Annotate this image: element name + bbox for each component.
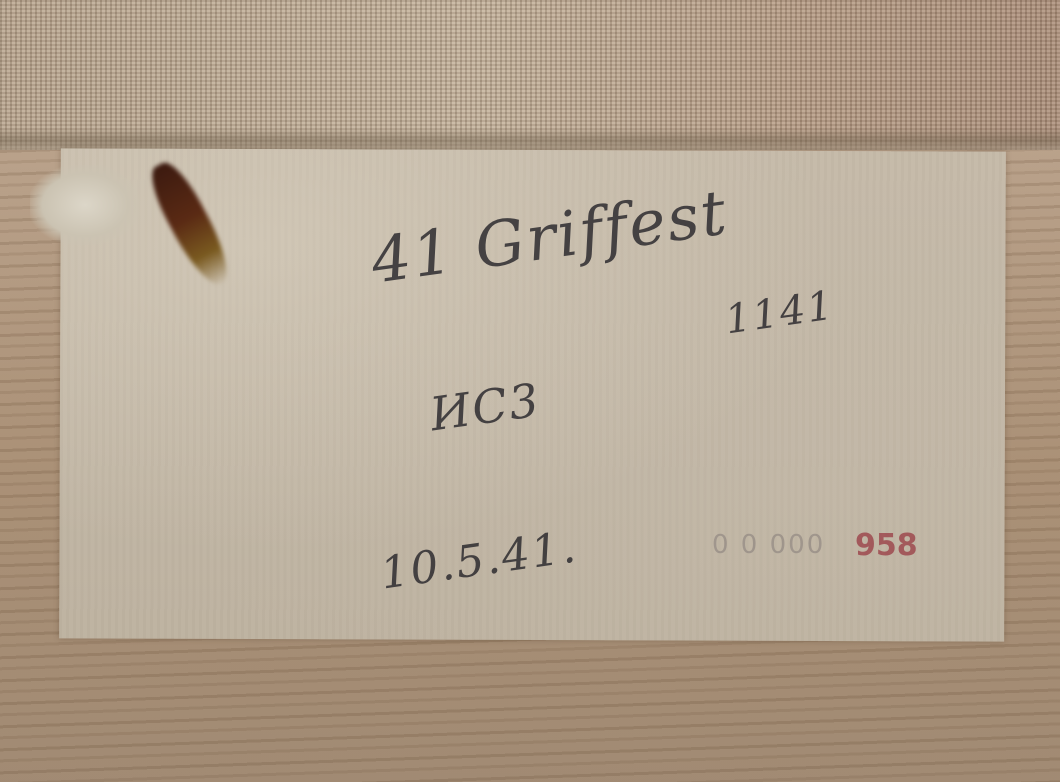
faint-stamp: 0 0 000	[712, 530, 825, 560]
torn-label-corner	[30, 165, 140, 245]
red-stamp-number: 958	[855, 528, 918, 563]
